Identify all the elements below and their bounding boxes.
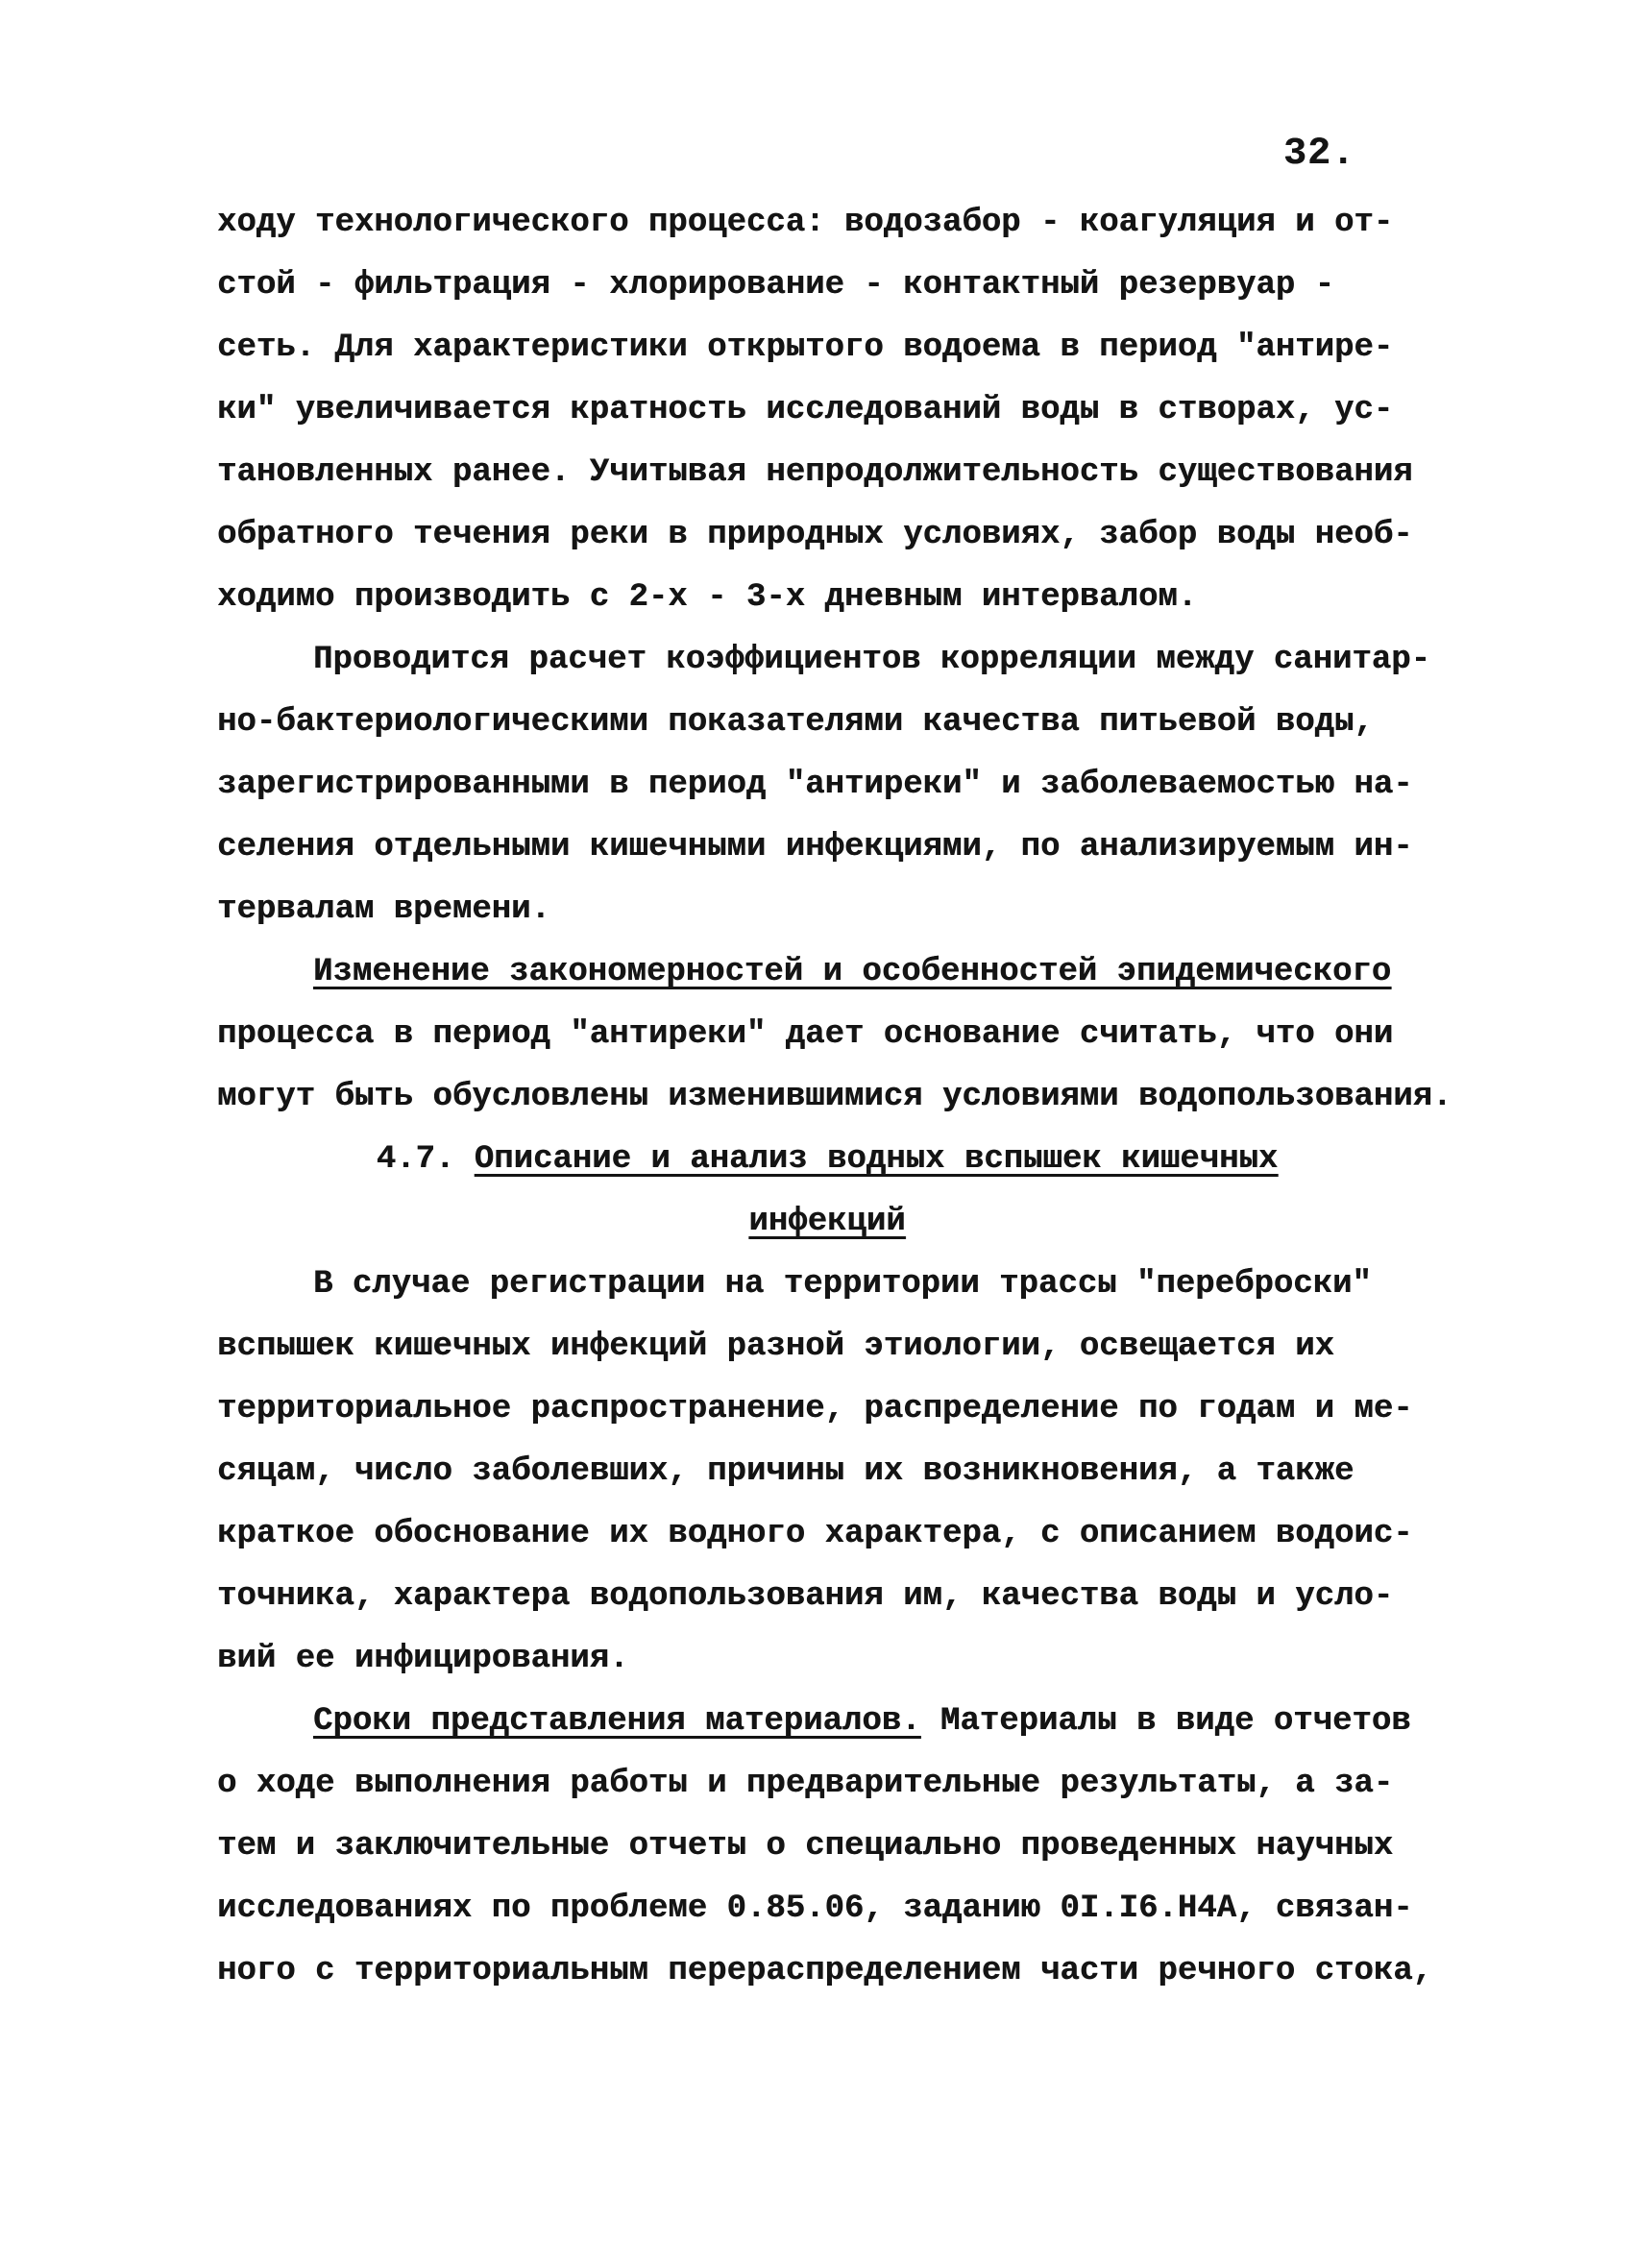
text-line: ного с территориальным перераспределение…: [217, 1940, 1437, 2003]
text-line: процесса в период "антиреки" дает основа…: [217, 1004, 1437, 1066]
underlined-text: инфекций: [748, 1204, 905, 1240]
text-line: точника, характера водопользования им, к…: [217, 1566, 1437, 1628]
text-segment: точника, характера водопользования им, к…: [217, 1578, 1393, 1615]
section-heading: 4.7. Описание и анализ водных вспышек ки…: [217, 1129, 1437, 1254]
paragraph: ходу технологического процесса: водозабо…: [217, 192, 1437, 629]
text-line: сеть. Для характеристики открытого водое…: [217, 317, 1437, 379]
text-segment: но-бактериологическими показателями каче…: [217, 704, 1374, 741]
text-line: ходимо производить с 2-х - 3-х дневным и…: [217, 567, 1437, 629]
text-line: Сроки представления материалов. Материал…: [217, 1691, 1437, 1753]
paragraph: Изменение закономерностей и особенностей…: [217, 941, 1437, 1129]
text-segment: Проводится расчет коэффициентов корреляц…: [313, 642, 1430, 678]
text-segment: селения отдельными кишечными инфекциями,…: [217, 829, 1413, 866]
text-line: тановленных ранее. Учитывая непродолжите…: [217, 442, 1437, 504]
text-segment: В случае регистрации на территории трасс…: [313, 1266, 1372, 1303]
text-line: краткое обоснование их водного характера…: [217, 1503, 1437, 1566]
text-line: зарегистрированными в период "антиреки" …: [217, 754, 1437, 817]
text-line: вий ее инфицирования.: [217, 1628, 1437, 1691]
text-line: ки" увеличивается кратность исследований…: [217, 379, 1437, 442]
paragraph: В случае регистрации на территории трасс…: [217, 1254, 1437, 1691]
text-segment: вий ее инфицирования.: [217, 1641, 628, 1677]
text-line: 4.7. Описание и анализ водных вспышек ки…: [217, 1129, 1437, 1191]
text-segment: ного с территориальным перераспределение…: [217, 1953, 1432, 1989]
text-line: стой - фильтрация - хлорирование - конта…: [217, 255, 1437, 317]
text-line: обратного течения реки в природных услов…: [217, 504, 1437, 567]
paragraph: Проводится расчет коэффициентов корреляц…: [217, 629, 1437, 941]
text-segment: ки" увеличивается кратность исследований…: [217, 392, 1393, 428]
text-line: тервалам времени.: [217, 879, 1437, 941]
text-line: В случае регистрации на территории трасс…: [217, 1254, 1437, 1316]
text-segment: могут быть обусловлены изменившимися усл…: [217, 1079, 1452, 1115]
text-segment: сяцам, число заболевших, причины их возн…: [217, 1453, 1354, 1490]
underlined-text: Сроки представления материалов.: [313, 1703, 921, 1740]
text-line: тем и заключительные отчеты о специально…: [217, 1816, 1437, 1878]
text-segment: стой - фильтрация - хлорирование - конта…: [217, 267, 1334, 304]
text-line: Проводится расчет коэффициентов корреляц…: [217, 629, 1437, 692]
text-segment: краткое обоснование их водного характера…: [217, 1516, 1413, 1552]
text-segment: ходимо производить с 2-х - 3-х дневным и…: [217, 579, 1197, 616]
text-line: ходу технологического процесса: водозабо…: [217, 192, 1437, 255]
text-segment: тервалам времени.: [217, 891, 550, 928]
underlined-text: Описание и анализ водных вспышек кишечны…: [475, 1141, 1279, 1178]
text-segment: исследованиях по проблеме 0.85.06, задан…: [217, 1890, 1413, 1927]
text-line: вспышек кишечных инфекций разной этиолог…: [217, 1316, 1437, 1378]
text-line: инфекций: [217, 1191, 1437, 1254]
text-segment: ходу технологического процесса: водозабо…: [217, 205, 1393, 241]
text-segment: обратного течения реки в природных услов…: [217, 517, 1413, 553]
text-segment: Материалы в виде отчетов: [921, 1703, 1411, 1740]
text-segment: тановленных ранее. Учитывая непродолжите…: [217, 454, 1413, 491]
paragraph: Сроки представления материалов. Материал…: [217, 1691, 1437, 2003]
page-number: 32.: [1283, 133, 1355, 176]
text-segment: сеть. Для характеристики открытого водое…: [217, 329, 1393, 366]
underlined-text: Изменение закономерностей и особенностей…: [313, 954, 1391, 990]
text-line: но-бактериологическими показателями каче…: [217, 692, 1437, 754]
scanned-document-page: 32. ходу технологического процесса: водо…: [0, 0, 1635, 2268]
document-text: ходу технологического процесса: водозабо…: [217, 192, 1437, 2003]
text-segment: 4.7.: [377, 1141, 475, 1178]
text-segment: вспышек кишечных инфекций разной этиолог…: [217, 1329, 1334, 1365]
text-line: сяцам, число заболевших, причины их возн…: [217, 1441, 1437, 1503]
text-line: селения отдельными кишечными инфекциями,…: [217, 817, 1437, 879]
text-segment: территориальное распространение, распред…: [217, 1391, 1413, 1427]
text-segment: процесса в период "антиреки" дает основа…: [217, 1016, 1393, 1053]
text-line: территориальное распространение, распред…: [217, 1378, 1437, 1441]
text-segment: зарегистрированными в период "антиреки" …: [217, 767, 1413, 803]
text-line: Изменение закономерностей и особенностей…: [217, 941, 1437, 1004]
text-line: о ходе выполнения работы и предварительн…: [217, 1753, 1437, 1816]
text-line: могут быть обусловлены изменившимися усл…: [217, 1066, 1437, 1129]
text-line: исследованиях по проблеме 0.85.06, задан…: [217, 1878, 1437, 1940]
text-segment: о ходе выполнения работы и предварительн…: [217, 1766, 1393, 1802]
text-segment: тем и заключительные отчеты о специально…: [217, 1828, 1393, 1865]
